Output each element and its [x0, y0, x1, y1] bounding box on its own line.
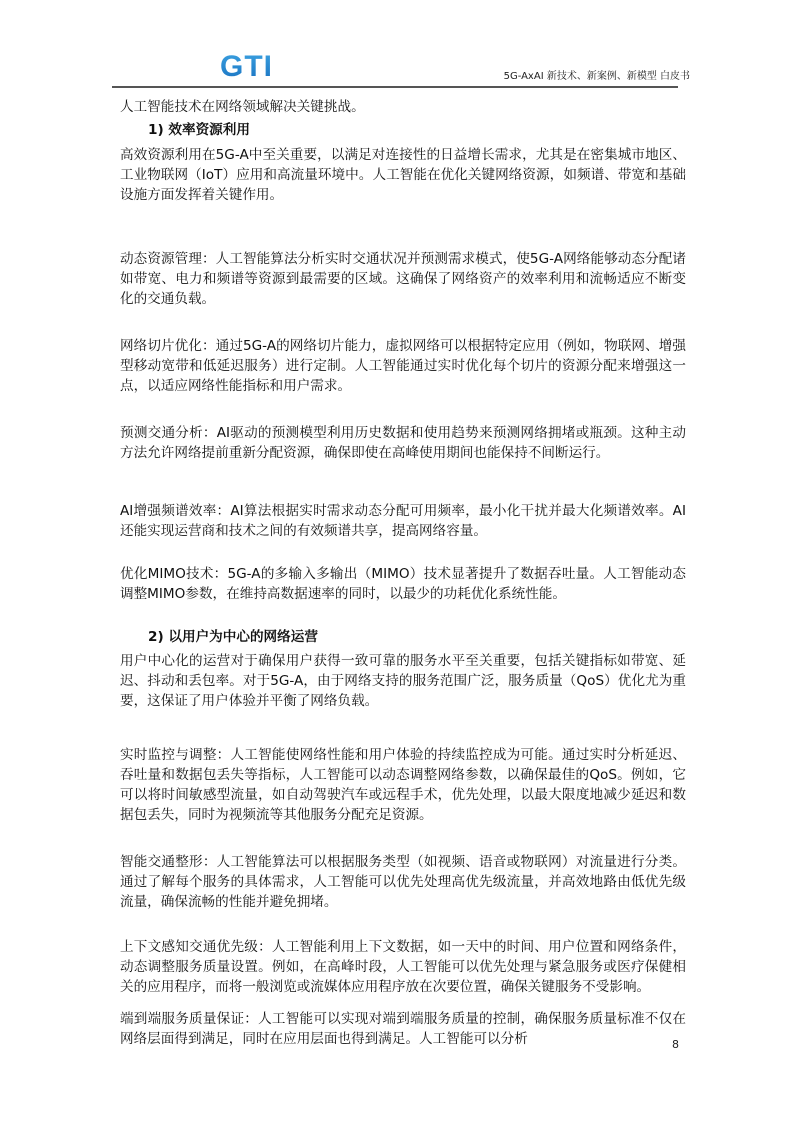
- page-number: 8: [672, 1038, 679, 1051]
- page-body: 人工智能技术在网络领域解决关键挑战。 1) 效率资源利用 高效资源利用在5G-A…: [120, 97, 686, 1049]
- paragraph-e2e-qos: 端到端服务质量保证：人工智能可以实现对端到端服务质量的控制，确保服务质量标准不仅…: [120, 1009, 686, 1049]
- section-heading-1: 1) 效率资源利用: [120, 119, 686, 141]
- paragraph-context-aware-priority: 上下文感知交通优先级：人工智能利用上下文数据，如一天中的时间、用户位置和网络条件…: [120, 937, 686, 997]
- section-heading-2: 2) 以用户为中心的网络运营: [120, 626, 686, 648]
- intro-line: 人工智能技术在网络领域解决关键挑战。: [120, 97, 686, 117]
- section-1-intro: 高效资源利用在5G-A中至关重要，以满足对连接性的日益增长需求，尤其是在密集城市…: [120, 145, 686, 205]
- paragraph-predictive-traffic: 预测交通分析：AI驱动的预测模型利用历史数据和使用趋势来预测网络拥堵或瓶颈。这种…: [120, 423, 686, 463]
- document-title: 5G-AxAI 新技术、新案例、新模型 白皮书: [504, 71, 690, 83]
- gti-logo: GTI: [220, 52, 273, 82]
- paragraph-dynamic-resource-management: 动态资源管理：人工智能算法分析实时交通状况并预测需求模式，使5G-A网络能够动态…: [120, 249, 686, 309]
- paragraph-mimo: 优化MIMO技术：5G-A的多输入多输出（MIMO）技术显著提升了数据吞吐量。人…: [120, 564, 686, 604]
- paragraph-network-slicing: 网络切片优化：通过5G-A的网络切片能力，虚拟网络可以根据特定应用（例如，物联网…: [120, 336, 686, 396]
- header-divider: [112, 86, 678, 88]
- section-2-intro: 用户中心化的运营对于确保用户获得一致可靠的服务水平至关重要，包括关键指标如带宽、…: [120, 651, 686, 711]
- paragraph-realtime-monitoring: 实时监控与调整：人工智能使网络性能和用户体验的持续监控成为可能。通过实时分析延迟…: [120, 745, 686, 825]
- paragraph-traffic-shaping: 智能交通整形：人工智能算法可以根据服务类型（如视频、语音或物联网）对流量进行分类…: [120, 852, 686, 912]
- page-header: GTI 5G-AxAI 新技术、新案例、新模型 白皮书: [0, 0, 800, 86]
- paragraph-spectrum-efficiency: AI增强频谱效率：AI算法根据实时需求动态分配可用频率，最小化干扰并最大化频谱效…: [120, 501, 686, 541]
